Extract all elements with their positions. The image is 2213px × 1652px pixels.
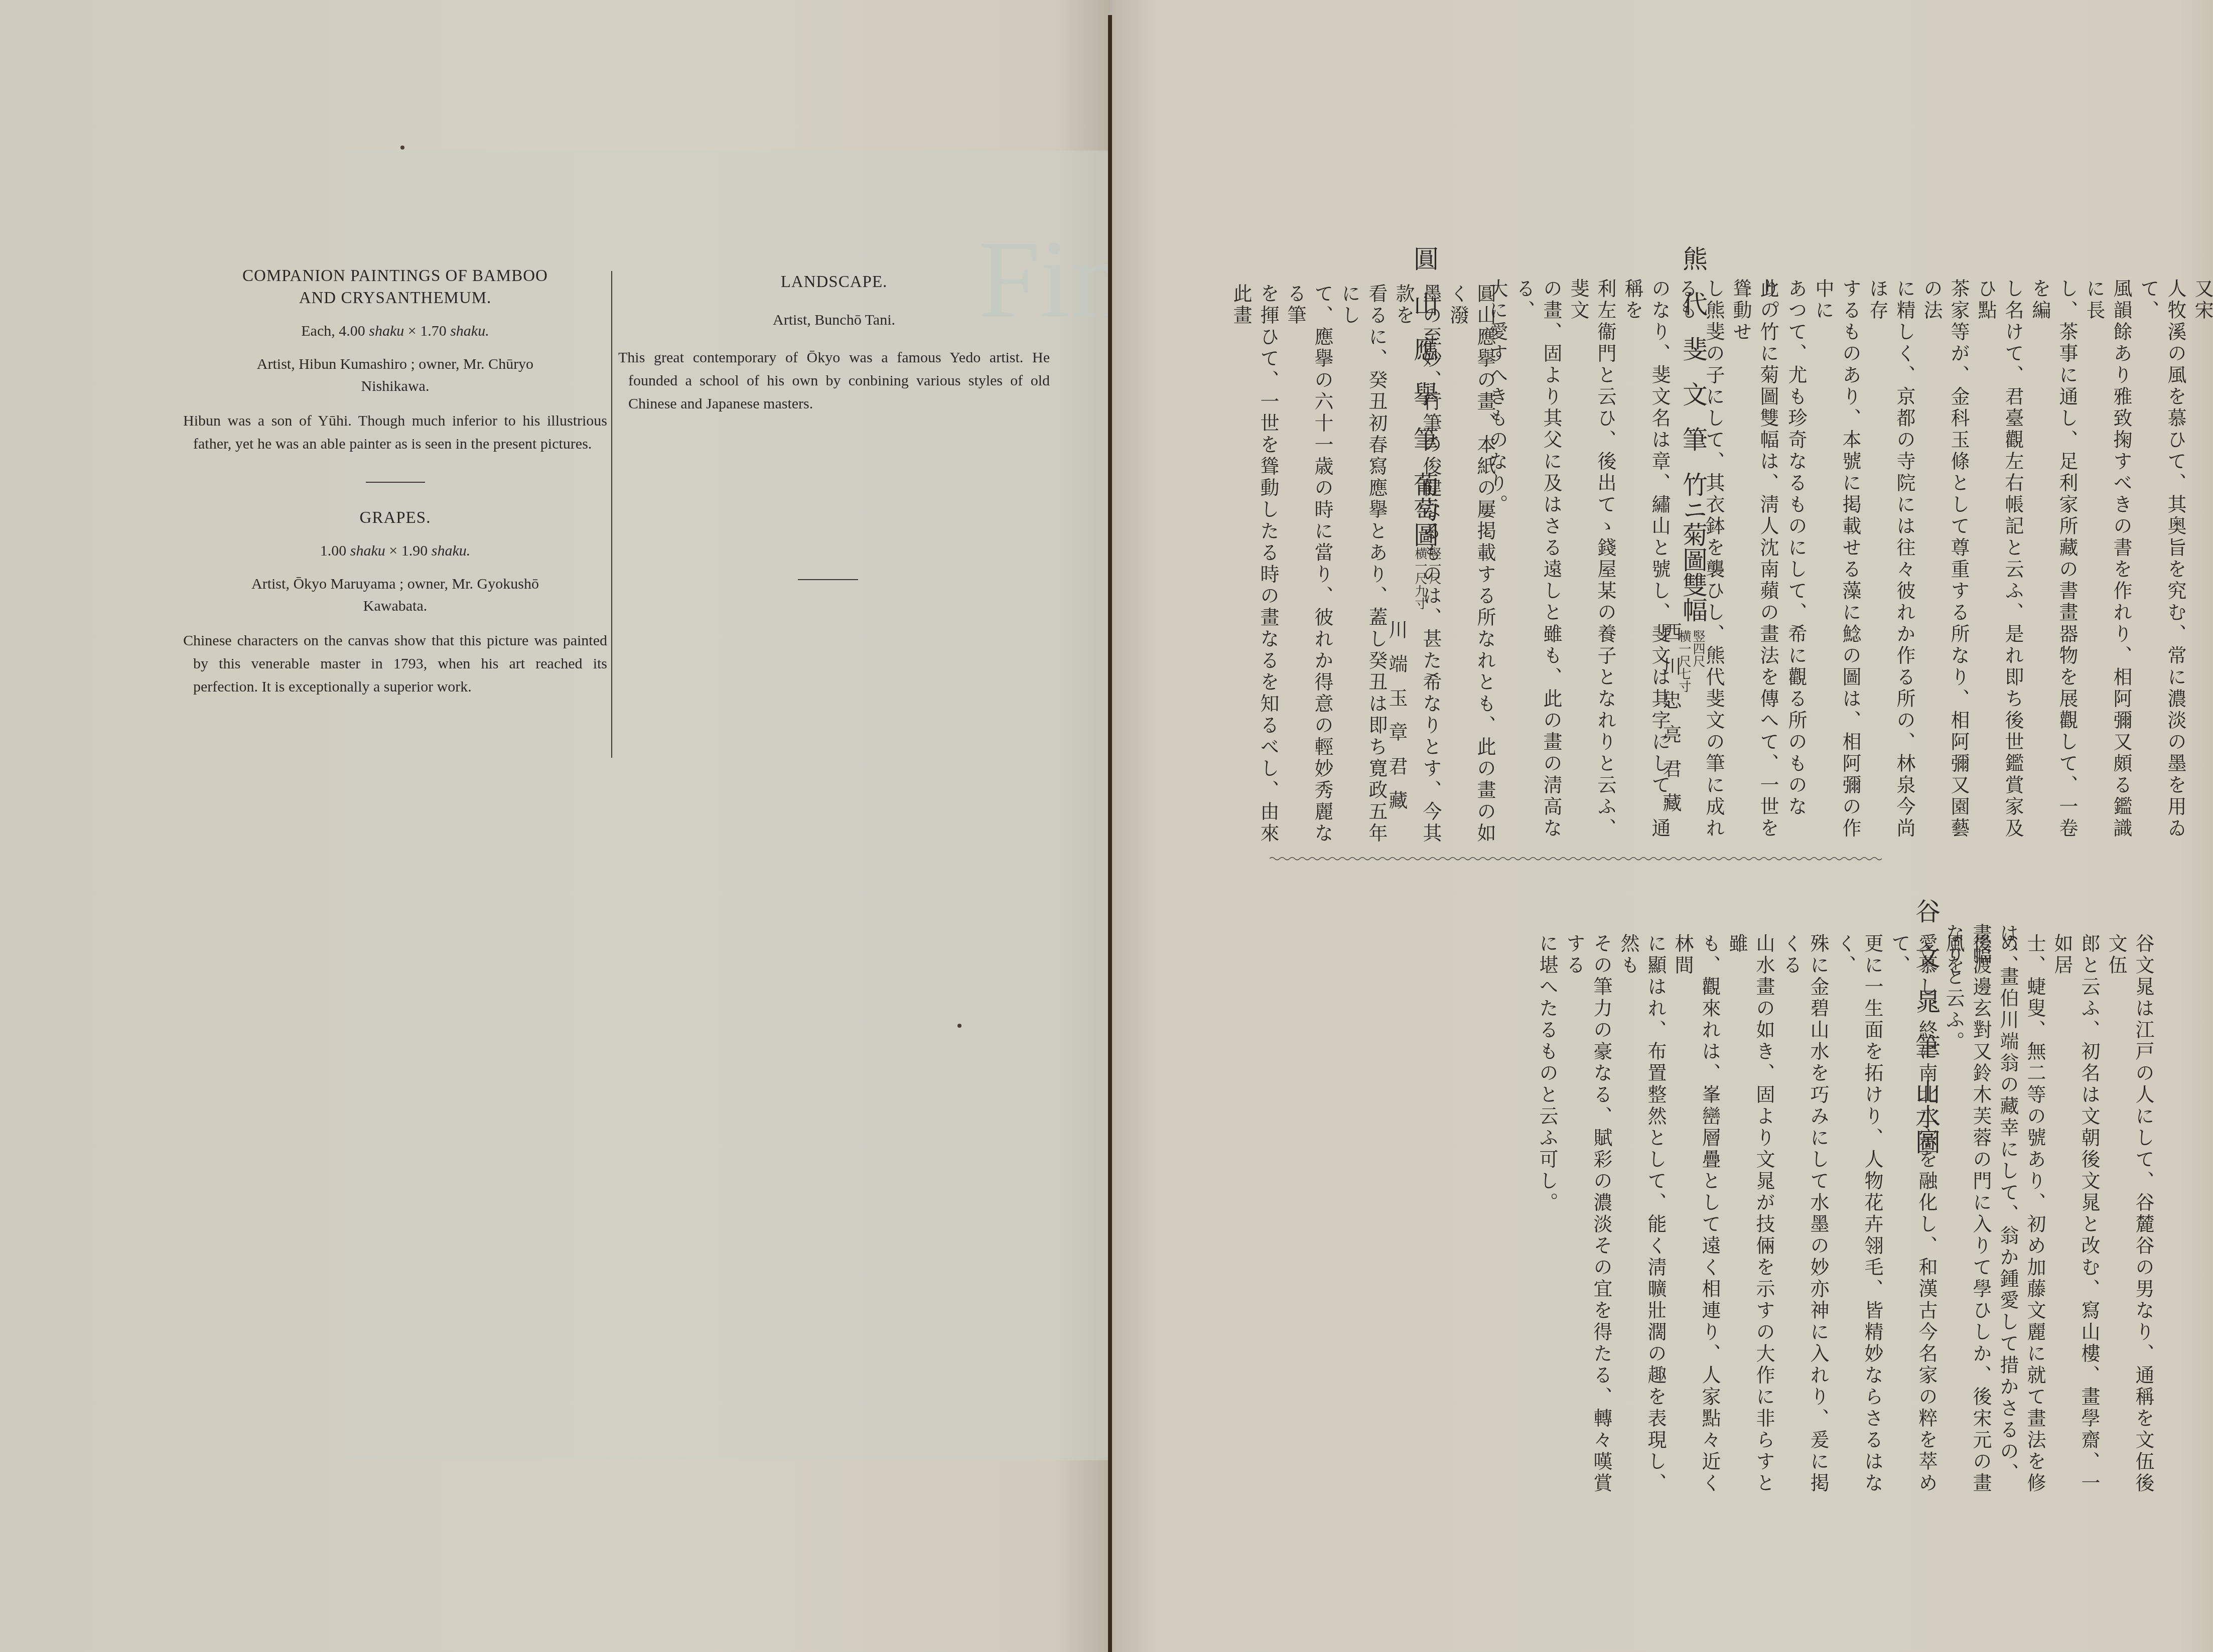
text-line: 愛慕し、終に南北二宗を融化し、和漢古今名家の粹を萃めて、 [1886, 933, 1940, 1500]
size-unit: shaku. [450, 323, 489, 339]
right-page: より足利家の同朋たり、書法を父祖に學び出藍の譽あり、又宋 人牧溪の風を慕ひて、其… [1112, 0, 2213, 1652]
attribution-line2: Kawabata. [183, 595, 607, 617]
text-line: に精しく、京都の寺院には往々彼れか作る所の、林泉今尚ほ存 [1864, 279, 1918, 846]
text-line: 墨の至妙、行筆の俊健なるものは、甚た希なりとす、今其款を [1390, 284, 1444, 851]
text-line: も、觀來れは、峯巒層疊として遠く相連り、人家點々近く林間 [1669, 933, 1723, 1500]
column-landscape: LANDSCAPE. Artist, Bunchō Tani. This gre… [618, 271, 1050, 416]
times-sign: × [389, 542, 397, 559]
text-line: 谷文晁は江戸の人にして、谷麓谷の男なり、通稱を文伍後文伍 [2103, 933, 2157, 1500]
attribution-line1: Artist, Hibun Kumashiro ; owner, Mr. Chū… [183, 353, 607, 375]
text-line: 更に一生面を拓けり、人物花卉翎毛、皆精妙ならさるはなく、 [1832, 933, 1886, 1500]
size-unit: shaku. [432, 542, 471, 559]
attribution: Artist, Bunchō Tani. [618, 309, 1050, 331]
text-line: に顯はれ、布置整然として、能く淸曠壯濶の趣を表現し、然も [1615, 933, 1669, 1500]
section-divider [366, 482, 425, 483]
attribution-line1: Artist, Ōkyo Maruyama ; owner, Mr. Gyoku… [183, 573, 607, 595]
left-page: Fine Arts Magazine COMPANION PAINTINGS O… [0, 0, 1110, 1652]
continuation-text: より足利家の同朋たり、書法を父祖に學び出藍の譽あり、又宋 人牧溪の風を慕ひて、其… [1755, 279, 2213, 846]
text-line: 郎と云ふ、初名は文朝後文晁と改む、寫山樓、畫學齋、一如居 [2048, 933, 2103, 1500]
text-line: 後渡邊玄對又鈴木芙蓉の門に入りて學ひしか、後宋元の畫風を [1940, 933, 1994, 1500]
text-line: 看るに、癸丑初春寫應擧とあり、蓋し癸丑は即ち寛政五年にし [1336, 284, 1390, 851]
text-line: の畫、固より其父に及はさる遠しと雖も、此の畫の淸高なる、 [1510, 279, 1565, 846]
section-end-rule [798, 579, 858, 580]
attribution-line2: Nishikawa. [183, 375, 607, 397]
maruyama-description: 圓山應擧の畫、本紙の屢掲載する所なれとも、此の畫の如く潑 墨の至妙、行筆の俊健な… [1227, 284, 1498, 851]
text-line: し熊斐の子にして、其衣鉢を襲ひし、熊代斐文の筆に成れるも [1673, 279, 1727, 846]
text-line: 士、蜨叟、無二等の號あり、初め加藤文麗に就て畫法を修め、 [1994, 933, 2048, 1500]
section-title-line2: AND CRYSANTHEMUM. [183, 287, 607, 309]
book-gutter [1108, 15, 1112, 1652]
kumashiro-description: 此の竹に菊圖雙幅は、淸人沈南蘋の畫法を傳へて、一世を聳動せ し熊斐の子にして、其… [1483, 279, 1781, 846]
dimensions: 1.00 shaku × 1.90 shaku. [183, 540, 607, 562]
text-line: を揮ひて、一世を聳動したる時の畫なるを知るべし、由來此畫 [1227, 284, 1282, 851]
text-line: 人牧溪の風を慕ひて、其奥旨を究む、常に濃淡の墨を用ゐて、 [2135, 279, 2189, 846]
text-line: より足利家の同朋たり、書法を父祖に學び出藍の譽あり、又宋 [2189, 279, 2213, 846]
description: This great contemporary of Ōkyo was a fa… [618, 346, 1050, 416]
tani-description: 谷文晁は江戸の人にして、谷麓谷の男なり、通稱を文伍後文伍 郎と云ふ、初名は文朝後… [1534, 933, 2157, 1500]
column-companion-paintings: COMPANION PAINTINGS OF BAMBOO AND CRYSAN… [183, 265, 607, 699]
size-unit: shaku [369, 323, 404, 339]
text-line: て、應擧の六十一歳の時に當り、彼れか得意の輕妙秀麗なる筆 [1282, 284, 1336, 851]
text-line: のなり、斐文名は章、繡山と號し、斐文は其字にして、通稱を [1619, 279, 1673, 846]
size-value: 1.90 [401, 542, 428, 559]
size-value: 1.00 [320, 542, 347, 559]
text-line: 山水畫の如き、固より文晁が技倆を示すの大作に非らすと雖 [1723, 933, 1777, 1500]
size-value: 1.70 [420, 323, 447, 339]
column-divider [611, 271, 612, 758]
text-line: 殊に金碧山水を巧みにして水墨の妙亦神に入れり、爰に掲くる [1777, 933, 1832, 1500]
text-line: 利左衞門と云ひ、後出てゝ錢屋某の養子となれりと云ふ、斐文 [1565, 279, 1619, 846]
text-line: 圓山應擧の畫、本紙の屢掲載する所なれとも、此の畫の如く潑 [1444, 284, 1498, 851]
wavy-section-divider [1270, 856, 1932, 861]
text-line: 茶家等が、金科玉條として尊重する所なり、相阿彌又園藝の法 [1918, 279, 1972, 846]
text-line: し名けて、君臺觀左右帳記と云ふ、是れ即ち後世鑑賞家及ひ點 [1972, 279, 2026, 846]
section-title-line1: COMPANION PAINTINGS OF BAMBOO [183, 265, 607, 287]
text-line: し、茶事に通し、足利家所藏の書畫器物を展觀して、一卷を編 [2026, 279, 2081, 846]
dimensions: Each, 4.00 shaku × 1.70 shaku. [183, 320, 607, 342]
section-title-landscape: LANDSCAPE. [618, 271, 1050, 293]
text-line: するものあり、本號に掲載せる藻に鯰の圖は、相阿彌の作中に [1810, 279, 1864, 846]
times-sign: × [408, 323, 417, 339]
description: Chinese characters on the canvas show th… [183, 629, 607, 699]
text-line: その筆力の豪なる、賦彩の濃淡その宜を得たる、轉々嘆賞する [1561, 933, 1615, 1500]
text-line: に堪へたるものと云ふ可し。 [1534, 933, 1561, 1500]
size-value: Each, 4.00 [301, 323, 365, 339]
description: Hibun was a son of Yūhi. Though much inf… [183, 409, 607, 456]
text-line: 風韻餘あり雅致掬すべきの書を作れり、相阿彌又頗る鑑識に長 [2081, 279, 2135, 846]
paper-speck [957, 1024, 961, 1028]
text-line: 此の竹に菊圖雙幅は、淸人沈南蘋の畫法を傳へて、一世を聳動せ [1727, 279, 1781, 846]
section-title-grapes: GRAPES. [183, 507, 607, 529]
paper-speck [400, 146, 404, 150]
size-unit: shaku [350, 542, 385, 559]
